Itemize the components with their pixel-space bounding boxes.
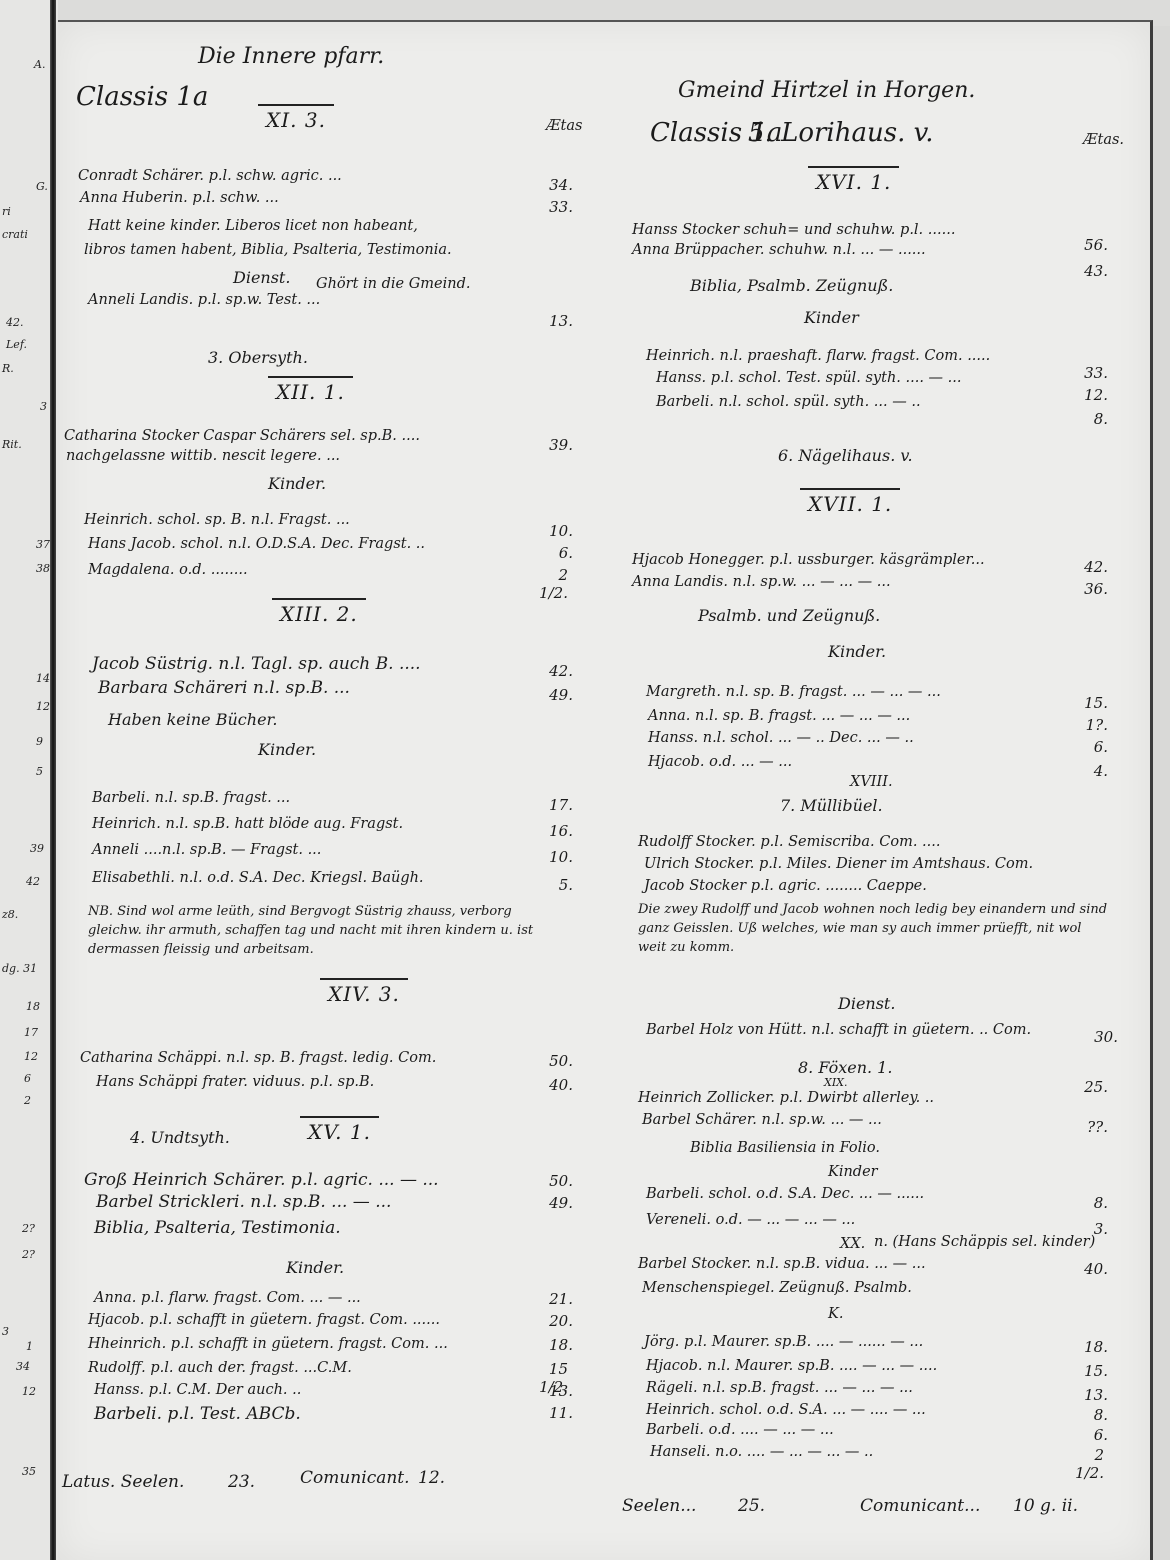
entry-text: Barbel Schärer. n.l. sp.w. ... — ... xyxy=(642,1112,882,1128)
margin-note: Rit. xyxy=(2,438,22,451)
margin-note: 39 xyxy=(30,842,44,855)
section-heading: 6. Nägelihaus. v. xyxy=(778,446,913,465)
margin-note: 17 xyxy=(24,1026,38,1039)
communicant-label: Comunicant... xyxy=(860,1496,980,1516)
margin-note: 6 xyxy=(24,1072,31,1085)
entry-text: Heinrich Zollicker. p.l. Dwirbt allerley… xyxy=(638,1090,934,1106)
margin-note: 34 xyxy=(16,1360,30,1373)
margin-note: crati xyxy=(2,228,28,241)
page-title: Die Innere pfarr. xyxy=(198,44,384,69)
child-age: 8. xyxy=(1068,410,1108,428)
margin-note: 2 xyxy=(24,1094,31,1107)
entry-text: Barbel Holz von Hütt. n.l. schafft in gü… xyxy=(646,1022,1031,1038)
margin-note: G. xyxy=(36,180,48,193)
service-note: Ghört in die Gmeind. xyxy=(316,276,471,292)
entry-text: Barbel Strickleri. n.l. sp.B. ... — ... xyxy=(96,1192,391,1212)
child-text: Magdalena. o.d. ........ xyxy=(88,562,248,578)
age-header: Ætas xyxy=(546,118,582,134)
entry-text: Anna Landis. n.l. sp.w. ... — ... — ... xyxy=(632,574,891,590)
note-line: Psalmb. und Zeügnuß. xyxy=(698,606,880,625)
margin-note: 35 xyxy=(22,1465,36,1478)
entry-age: 56. xyxy=(1068,236,1108,254)
child-text: Heinrich. n.l. praeshaft. flarw. fragst.… xyxy=(646,348,990,364)
margin-note: 42. xyxy=(6,316,24,329)
section-heading: 8. Föxen. 1. xyxy=(798,1058,892,1077)
household-number: XIII. 2. xyxy=(280,602,358,626)
child-text: Hanseli. n.o. .... — ... — ... — .. xyxy=(650,1444,873,1460)
child-text: Hjacob. p.l. schafft in güetern. fragst.… xyxy=(88,1312,440,1328)
child-text: Barbeli. n.l. sp.B. fragst. ... xyxy=(92,790,290,806)
entry-age: 49. xyxy=(533,1194,573,1212)
house-name: 5. Lorihaus. v. xyxy=(748,118,933,148)
margin-note: 3 xyxy=(2,1325,9,1338)
child-age: 12. xyxy=(1068,386,1108,404)
entry-age: 40. xyxy=(1068,1260,1108,1278)
entry-text: Jacob Süstrig. n.l. Tagl. sp. auch B. ..… xyxy=(92,654,421,674)
margin-note: 5 xyxy=(36,765,43,778)
entry-age: 50. xyxy=(533,1172,573,1190)
entry-text: Rudolff Stocker. p.l. Semiscriba. Com. .… xyxy=(638,834,940,850)
kinder-label: Kinder xyxy=(804,308,859,327)
entry-text: Groß Heinrich Schärer. p.l. agric. ... —… xyxy=(84,1170,439,1190)
child-age: 2 1/2. xyxy=(1064,1446,1104,1482)
child-text: Anneli ....n.l. sp.B. — Fragst. ... xyxy=(92,842,321,858)
section-heading: 3. Obersyth. xyxy=(208,348,308,367)
child-text: Heinrich. schol. o.d. S.A. ... — .... — … xyxy=(646,1402,926,1418)
service-label: Dienst. xyxy=(838,994,895,1013)
note-line: Biblia, Psalmb. Zeügnuß. xyxy=(690,276,893,295)
margin-note: Lef. xyxy=(6,338,27,351)
margin-note: 42 xyxy=(26,875,40,888)
communicant-value: 10 g. ii. xyxy=(1013,1496,1078,1516)
margin-note: dg. 31 xyxy=(2,962,37,975)
child-text: Barbeli. n.l. schol. spül. syth. ... — .… xyxy=(656,394,921,410)
child-text: Jörg. p.l. Maurer. sp.B. .... — ...... —… xyxy=(644,1334,923,1350)
margin-note: 12 xyxy=(36,700,50,713)
household-number: XVII. 1. xyxy=(808,492,892,516)
child-age: 33. xyxy=(1068,364,1108,382)
margin-note: R. xyxy=(2,362,14,375)
child-text: Hans Jacob. schol. n.l. O.D.S.A. Dec. Fr… xyxy=(88,536,425,552)
child-text: Heinrich. n.l. sp.B. hatt blöde aug. Fra… xyxy=(92,816,403,832)
child-text: Hjacob. n.l. Maurer. sp.B. .... — ... — … xyxy=(646,1358,937,1374)
latus-value: 25. xyxy=(738,1496,765,1516)
previous-page-edge: A. G. ri crati 42. Lef. R. 3 Rit. 37 38 … xyxy=(0,0,58,1560)
entry-age: 25. xyxy=(1068,1078,1108,1096)
entry-age: 39. xyxy=(533,436,573,454)
household-number: XI. 3. xyxy=(266,108,326,132)
household-note: n. (Hans Schäppis sel. kinder) xyxy=(874,1234,1095,1250)
household-number: XII. 1. xyxy=(276,380,345,404)
child-age: 6. xyxy=(533,544,573,562)
entry-text: Anna Huberin. p.l. schw. ... xyxy=(80,190,279,206)
latus-label: Seelen... xyxy=(622,1496,696,1516)
household-number: XX. xyxy=(840,1236,865,1252)
entry-text: Catharina Schäppi. n.l. sp. B. fragst. l… xyxy=(80,1050,436,1066)
household-number: XV. 1. xyxy=(308,1120,371,1144)
margin-note: 3 xyxy=(40,400,47,413)
margin-note: 12 xyxy=(22,1385,36,1398)
child-text: Rudolff. p.l. auch der. fragst. ...C.M. xyxy=(88,1360,352,1376)
register-page: Die Innere pfarr. Classis 1a Ætas XI. 3.… xyxy=(58,20,1153,1560)
child-age: 18. xyxy=(1068,1338,1108,1356)
margin-note: 9 xyxy=(36,735,43,748)
child-age: 1?. xyxy=(1068,716,1108,734)
communicant-value: 12. xyxy=(418,1468,445,1488)
child-age: 6. xyxy=(1068,1426,1108,1444)
child-text: Elisabethli. n.l. o.d. S.A. Dec. Kriegsl… xyxy=(92,870,424,886)
child-text: Hanss. p.l. C.M. Der auch. .. xyxy=(94,1382,301,1398)
entry-text: Anneli Landis. p.l. sp.w. Test. ... xyxy=(88,292,320,308)
entry-age: ??. xyxy=(1068,1118,1108,1136)
child-text: Anna. n.l. sp. B. fragst. ... — ... — ..… xyxy=(648,708,910,724)
kinder-label: Kinder. xyxy=(268,474,326,493)
entry-age: 50. xyxy=(533,1052,573,1070)
entry-age: 42. xyxy=(533,662,573,680)
entry-text: Hans Schäppi frater. viduus. p.l. sp.B. xyxy=(96,1074,374,1090)
margin-note: 1 xyxy=(26,1340,33,1353)
margin-note: 12 xyxy=(24,1050,38,1063)
kinder-label: Kinder xyxy=(828,1164,878,1180)
child-text: Hjacob. o.d. ... — ... xyxy=(648,754,792,770)
classis-label: Classis 1a xyxy=(76,82,208,112)
child-age: 5. xyxy=(533,876,573,894)
child-text: Margreth. n.l. sp. B. fragst. ... — ... … xyxy=(646,684,941,700)
child-age: 16. xyxy=(533,822,573,840)
child-text: Barbeli. schol. o.d. S.A. Dec. ... — ...… xyxy=(646,1186,924,1202)
margin-note: ri xyxy=(2,205,11,218)
margin-note: 38 xyxy=(36,562,50,575)
margin-note: 14 xyxy=(36,672,50,685)
household-number: XVI. 1. xyxy=(816,170,891,194)
margin-note: 2? xyxy=(22,1222,35,1235)
household-number: XIX. xyxy=(824,1076,848,1089)
kinder-label: Kinder. xyxy=(286,1258,344,1277)
entry-age: 30. xyxy=(1078,1028,1118,1046)
entry-age: 43. xyxy=(1068,262,1108,280)
child-text: Heinrich. schol. sp. B. n.l. Fragst. ... xyxy=(84,512,350,528)
binding-spine xyxy=(50,0,56,1560)
latus-label: Latus. Seelen. xyxy=(62,1472,184,1492)
communicant-label: Comunicant. xyxy=(300,1468,410,1488)
entry-text: Hjacob Honegger. p.l. ussburger. käsgräm… xyxy=(632,552,985,568)
child-text: Rägeli. n.l. sp.B. fragst. ... — ... — .… xyxy=(646,1380,913,1396)
kinder-label: K. xyxy=(828,1306,843,1322)
nb-note: NB. Sind wol arme leüth, sind Bergvogt S… xyxy=(88,902,538,959)
child-age: 2 1/2. xyxy=(528,566,568,602)
child-age: 18. xyxy=(533,1336,573,1354)
child-text: Anna. p.l. flarw. fragst. Com. ... — ... xyxy=(94,1290,361,1306)
entry-text: nachgelassne wittib. nescit legere. ... xyxy=(66,448,340,464)
child-text: Hanss. n.l. schol. ... — .. Dec. ... — .… xyxy=(648,730,914,746)
entry-text: Anna Brüppacher. schuhw. n.l. ... — ....… xyxy=(632,242,926,258)
latus-value: 23. xyxy=(228,1472,255,1492)
child-age: 17. xyxy=(533,796,573,814)
entry-age: 49. xyxy=(533,686,573,704)
margin-note: 18 xyxy=(26,1000,40,1013)
entry-age: 13. xyxy=(533,312,573,330)
entry-age: 40. xyxy=(533,1076,573,1094)
note-line: Haben keine Bücher. xyxy=(108,710,278,729)
entry-text: Hanss Stocker schuh= und schuhw. p.l. ..… xyxy=(632,222,955,238)
child-age: 4. xyxy=(1068,762,1108,780)
note-line: Biblia Basiliensia in Folio. xyxy=(690,1140,880,1156)
child-age: 15. xyxy=(1068,1362,1108,1380)
page-title: Gmeind Hirtzel in Horgen. xyxy=(678,78,975,103)
child-age: 10. xyxy=(533,522,573,540)
child-text: Barbeli. o.d. .... — ... — ... xyxy=(646,1422,834,1438)
entry-text: Barbara Schäreri n.l. sp.B. ... xyxy=(98,678,350,698)
margin-note: 37 xyxy=(36,538,50,551)
section-heading: 4. Undtsyth. xyxy=(130,1128,230,1147)
nb-note: Die zwey Rudolff und Jacob wohnen noch l… xyxy=(638,900,1108,957)
service-label: Dienst. xyxy=(233,268,290,287)
child-age: 6. xyxy=(1068,738,1108,756)
margin-note: A. xyxy=(34,58,45,71)
child-text: Vereneli. o.d. — ... — ... — ... xyxy=(646,1212,855,1228)
household-number: XIV. 3. xyxy=(328,982,400,1006)
entry-age: 33. xyxy=(533,198,573,216)
entry-text: Ulrich Stocker. p.l. Miles. Diener im Am… xyxy=(644,856,1033,872)
entry-text: Conradt Schärer. p.l. schw. agric. ... xyxy=(78,168,342,184)
child-age: 21. xyxy=(533,1290,573,1308)
note-line: Hatt keine kinder. Liberos licet non hab… xyxy=(88,218,418,234)
entry-text: Catharina Stocker Caspar Schärers sel. s… xyxy=(64,428,420,444)
note-line: Menschenspiegel. Zeügnuß. Psalmb. xyxy=(642,1280,912,1296)
child-text: Hanss. p.l. schol. Test. spül. syth. ...… xyxy=(656,370,962,386)
household-number: XVIII. xyxy=(850,774,893,790)
margin-note: 2? xyxy=(22,1248,35,1261)
kinder-label: Kinder. xyxy=(258,740,316,759)
note-line: Biblia, Psalteria, Testimonia. xyxy=(94,1218,341,1238)
note-line: libros tamen habent, Biblia, Psalteria, … xyxy=(84,242,452,258)
child-age: 20. xyxy=(533,1312,573,1330)
entry-text: Jacob Stocker p.l. agric. ........ Caepp… xyxy=(644,878,927,894)
child-age: 10. xyxy=(533,848,573,866)
entry-age: 36. xyxy=(1068,580,1108,598)
age-header: Ætas. xyxy=(1083,132,1124,148)
child-age: 13. xyxy=(533,1382,573,1400)
entry-text: Barbel Stocker. n.l. sp.B. vidua. ... — … xyxy=(638,1256,926,1272)
child-age: 8. xyxy=(1068,1194,1108,1212)
child-text: Hheinrich. p.l. schafft in güetern. frag… xyxy=(88,1336,448,1352)
kinder-label: Kinder. xyxy=(828,642,886,661)
child-age: 8. xyxy=(1068,1406,1108,1424)
section-heading: 7. Müllibüel. xyxy=(780,796,883,815)
child-age: 11. xyxy=(533,1404,573,1422)
child-text: Barbeli. p.l. Test. ABCb. xyxy=(94,1404,301,1424)
child-age: 15. xyxy=(1068,694,1108,712)
child-age: 13. xyxy=(1068,1386,1108,1404)
margin-note: z8. xyxy=(2,908,18,921)
entry-age: 42. xyxy=(1068,558,1108,576)
entry-age: 34. xyxy=(533,176,573,194)
